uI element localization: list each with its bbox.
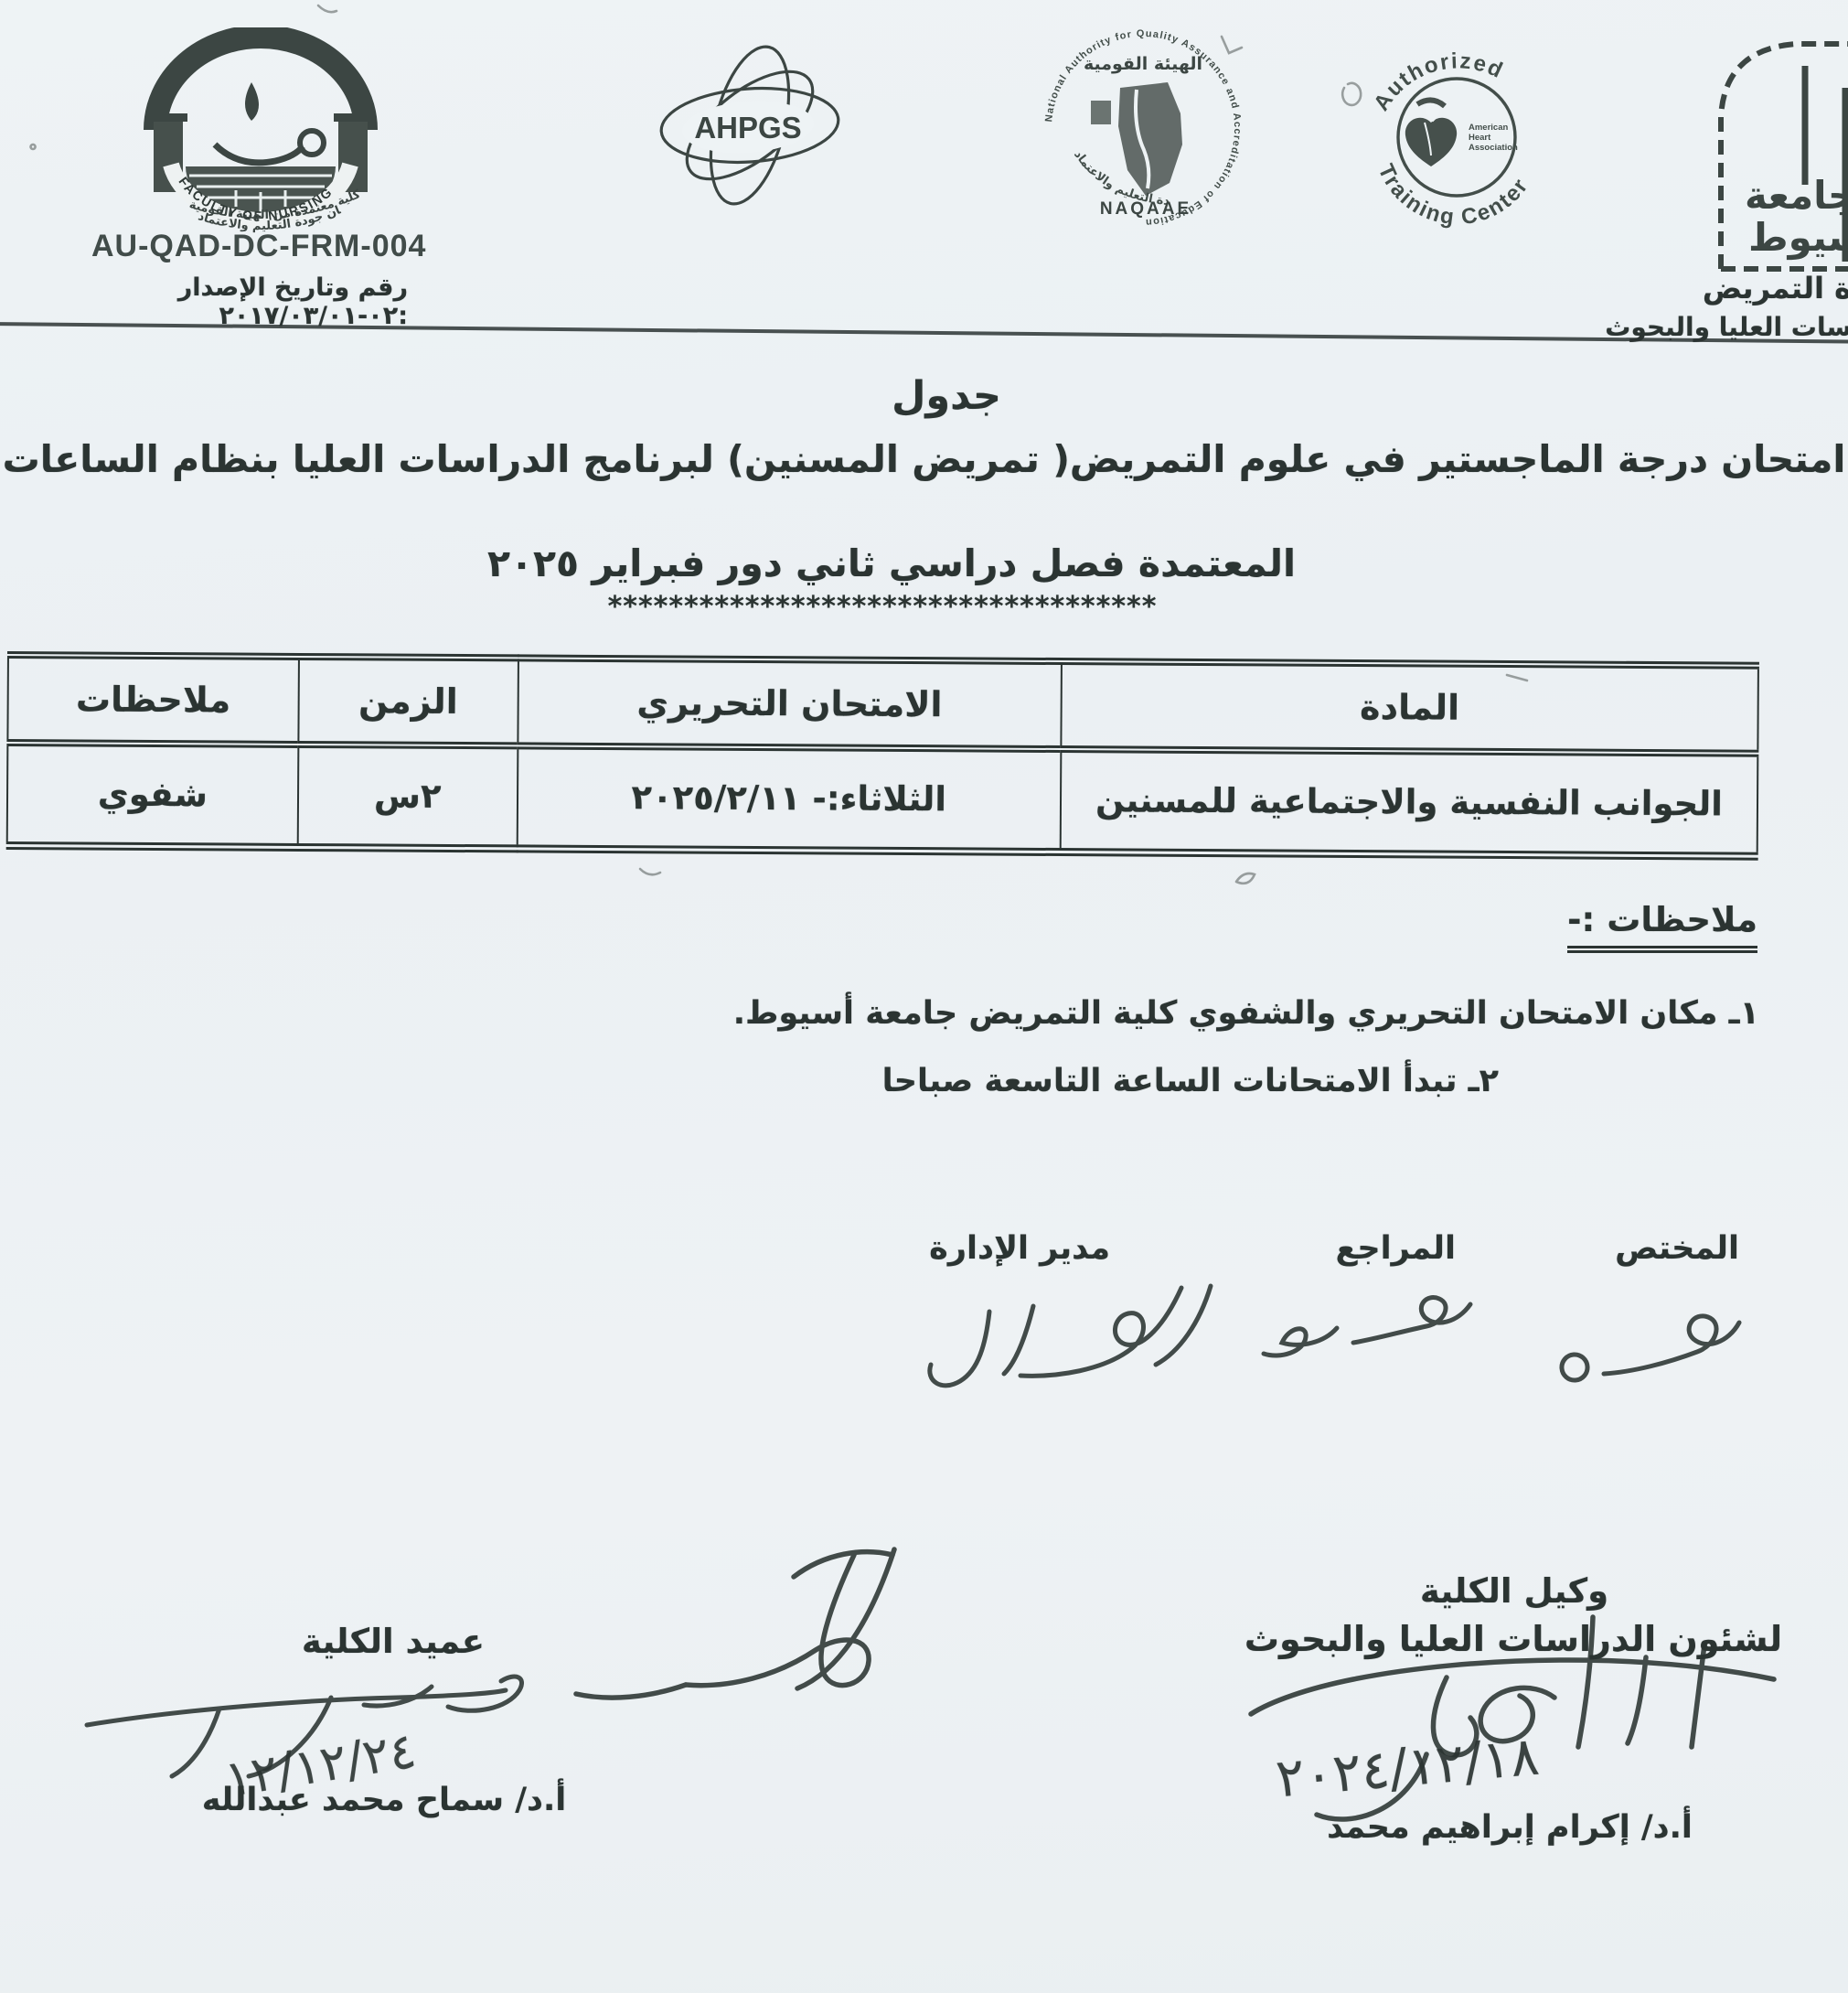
scan-artifacts bbox=[31, 5, 1527, 884]
scanned-document-page: FACULTY OF NURSING كلية معتمدة من الهيئة… bbox=[0, 0, 1848, 1993]
specialist-signature bbox=[1562, 1316, 1739, 1380]
dean-signature bbox=[87, 1677, 522, 1776]
dean-flourish-signature bbox=[576, 1549, 894, 1698]
director-signature bbox=[930, 1286, 1211, 1386]
vice-dean-signature bbox=[1251, 1617, 1774, 1819]
reviewer-signature bbox=[1264, 1298, 1470, 1355]
signatures-overlay bbox=[0, 0, 1848, 1993]
